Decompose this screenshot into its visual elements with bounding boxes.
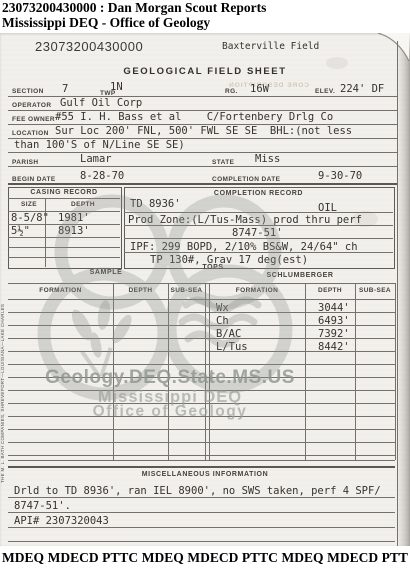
casing-depth-header: DEPTH	[48, 201, 118, 208]
ruled-line	[124, 212, 393, 213]
completion-prod-zone: Prod Zone:(L/Tus-Mass) prod thru perf	[128, 214, 362, 226]
footer-item: MDECD	[48, 550, 99, 566]
ruled-line	[8, 198, 120, 199]
tops-depth-0: 3044'	[318, 302, 350, 314]
footer-item: MDEQ	[2, 550, 44, 566]
begin-date-label: BEGIN DATE	[12, 176, 56, 183]
sample-depth-header: DEPTH	[113, 287, 168, 294]
misc-line-0: Drld to TD 8936', ran IEL 8900', no SWS …	[14, 485, 381, 497]
sample-formation-header: FORMATION	[8, 287, 113, 294]
misc-line-1: 8747-51'.	[14, 500, 71, 512]
ruled-line	[8, 299, 395, 300]
ruled-line	[8, 466, 395, 468]
ruled-line	[8, 512, 395, 513]
completion-ipf: IPF: 299 BOPD, 2/10% BS&W, 24/64" ch	[130, 241, 358, 253]
state-value: Miss	[255, 153, 280, 165]
tops-title: TOPS	[178, 264, 248, 271]
misc-line-2: API# 2307320043	[14, 515, 109, 527]
location-label: LOCATION	[12, 130, 49, 137]
viewer-footer: MDEQ MDECD PTTC MDEQ MDECD PTTC MDEQ MDE…	[0, 546, 410, 570]
casing-depth-1: 8913'	[58, 225, 90, 237]
scanned-document: 23073200430000 Baxterville Field CORE DE…	[0, 33, 410, 546]
casing-size-0: 8-5/8"	[11, 212, 49, 224]
operator-label: OPERATOR	[12, 102, 51, 109]
column-divider	[355, 283, 356, 460]
completion-record-title: COMPLETION RECORD	[124, 190, 393, 197]
ruled-line	[8, 152, 397, 153]
sample-title: SAMPLE	[60, 269, 152, 276]
fee-owner-label: FEE OWNER	[12, 116, 55, 123]
location-value-line1: Sur Loc 200' FNL, 500' FWL SE SE BHL:(no…	[55, 125, 352, 137]
tops-formation-2: B/AC	[216, 328, 241, 340]
printer-credit: THE M. L. BATH COMPANIES, SHREVEPORT—LOU…	[0, 273, 5, 483]
sample-subsea-header: SUB-SEA	[168, 287, 205, 294]
ruled-line	[8, 455, 395, 456]
ruled-line	[8, 364, 395, 365]
casing-size-header: SIZE	[14, 201, 44, 208]
tops-formation-1: Ch	[216, 315, 229, 327]
document-number: 23073200430000	[35, 39, 143, 54]
footer-item: PTTC	[102, 550, 138, 566]
viewer-title-line1: 23073200430000 : Dan Morgan Scout Report…	[2, 0, 408, 15]
viewer-title-line2: Mississippi DEQ - Office of Geology	[2, 15, 408, 30]
watermark-url: Geology.DEQ.State.MS.US	[28, 367, 312, 389]
casing-record-title: CASING RECORD	[8, 189, 120, 196]
ruled-line	[8, 247, 120, 248]
elev-value: 224' DF	[340, 83, 384, 95]
operator-value: Gulf Oil Corp	[60, 97, 142, 109]
casing-size-1: 5½"	[11, 225, 30, 237]
twp-value: 1N	[110, 81, 123, 93]
state-label: STATE	[212, 159, 234, 166]
schlumberger-formation-header: FORMATION	[209, 287, 305, 294]
footer-item: MDECD	[187, 550, 238, 566]
misc-title: MISCELLANEOUS INFORMATION	[8, 471, 402, 478]
completion-date-label: COMPLETION DATE	[212, 176, 280, 183]
elev-label: ELEV.	[315, 88, 335, 95]
footer-item: MDEQ	[282, 550, 324, 566]
footer-item: MDEQ	[142, 550, 184, 566]
ruled-line	[8, 257, 120, 258]
tops-formation-3: L/Tus	[216, 341, 248, 353]
ruled-line	[8, 429, 395, 430]
section-label: SECTION	[12, 88, 44, 95]
fee-owner-value: #55 I. H. Bass et al C/Fortenbery Drlg C…	[55, 111, 333, 123]
rg-value: 16W	[250, 83, 269, 95]
footer-item: MDECD	[327, 550, 378, 566]
footer-item: PTT	[382, 550, 408, 566]
tops-depth-3: 8442'	[318, 341, 350, 353]
location-value-line2: than 100'S of N/Line SE SE)	[14, 139, 185, 151]
completion-perf-interval: 8747-51'	[232, 227, 283, 239]
begin-date-value: 8-28-70	[80, 170, 124, 182]
completion-well-type: OIL	[318, 202, 337, 214]
completion-date-value: 9-30-70	[318, 170, 362, 182]
viewer-header: 23073200430000 : Dan Morgan Scout Report…	[2, 0, 408, 30]
column-divider	[395, 283, 396, 460]
ruled-line	[8, 527, 395, 528]
casing-depth-0: 1981'	[58, 212, 90, 224]
schlumberger-title: SCHLUMBERGER	[250, 272, 350, 279]
page-curl	[376, 33, 410, 67]
schlumberger-depth-header: DEPTH	[305, 287, 355, 294]
parish-value: Lamar	[80, 153, 112, 165]
ruled-line	[8, 166, 397, 167]
scan-edge-shadow	[397, 33, 410, 546]
completion-td: TD 8936'	[130, 198, 181, 210]
tops-depth-2: 7392'	[318, 328, 350, 340]
rg-label: RG.	[225, 88, 238, 95]
tops-depth-1: 6493'	[318, 315, 350, 327]
section-value: 7	[62, 83, 68, 95]
footer-item: PTTC	[242, 550, 278, 566]
ruled-line	[8, 283, 395, 284]
parish-label: PARISH	[12, 159, 38, 166]
watermark-office: Office of Geology	[28, 403, 312, 421]
ruled-line	[8, 497, 395, 498]
ruled-line	[8, 237, 120, 238]
schlumberger-subsea-header: SUB-SEA	[355, 287, 395, 294]
ruled-line	[8, 460, 395, 461]
tops-formation-0: Wx	[216, 302, 229, 314]
field-name: Baxterville Field	[222, 41, 319, 52]
form-title: GEOLOGICAL FIELD SHEET	[0, 66, 410, 77]
ruled-line	[8, 541, 395, 542]
ruled-line	[8, 183, 397, 185]
ruled-line	[8, 442, 395, 443]
